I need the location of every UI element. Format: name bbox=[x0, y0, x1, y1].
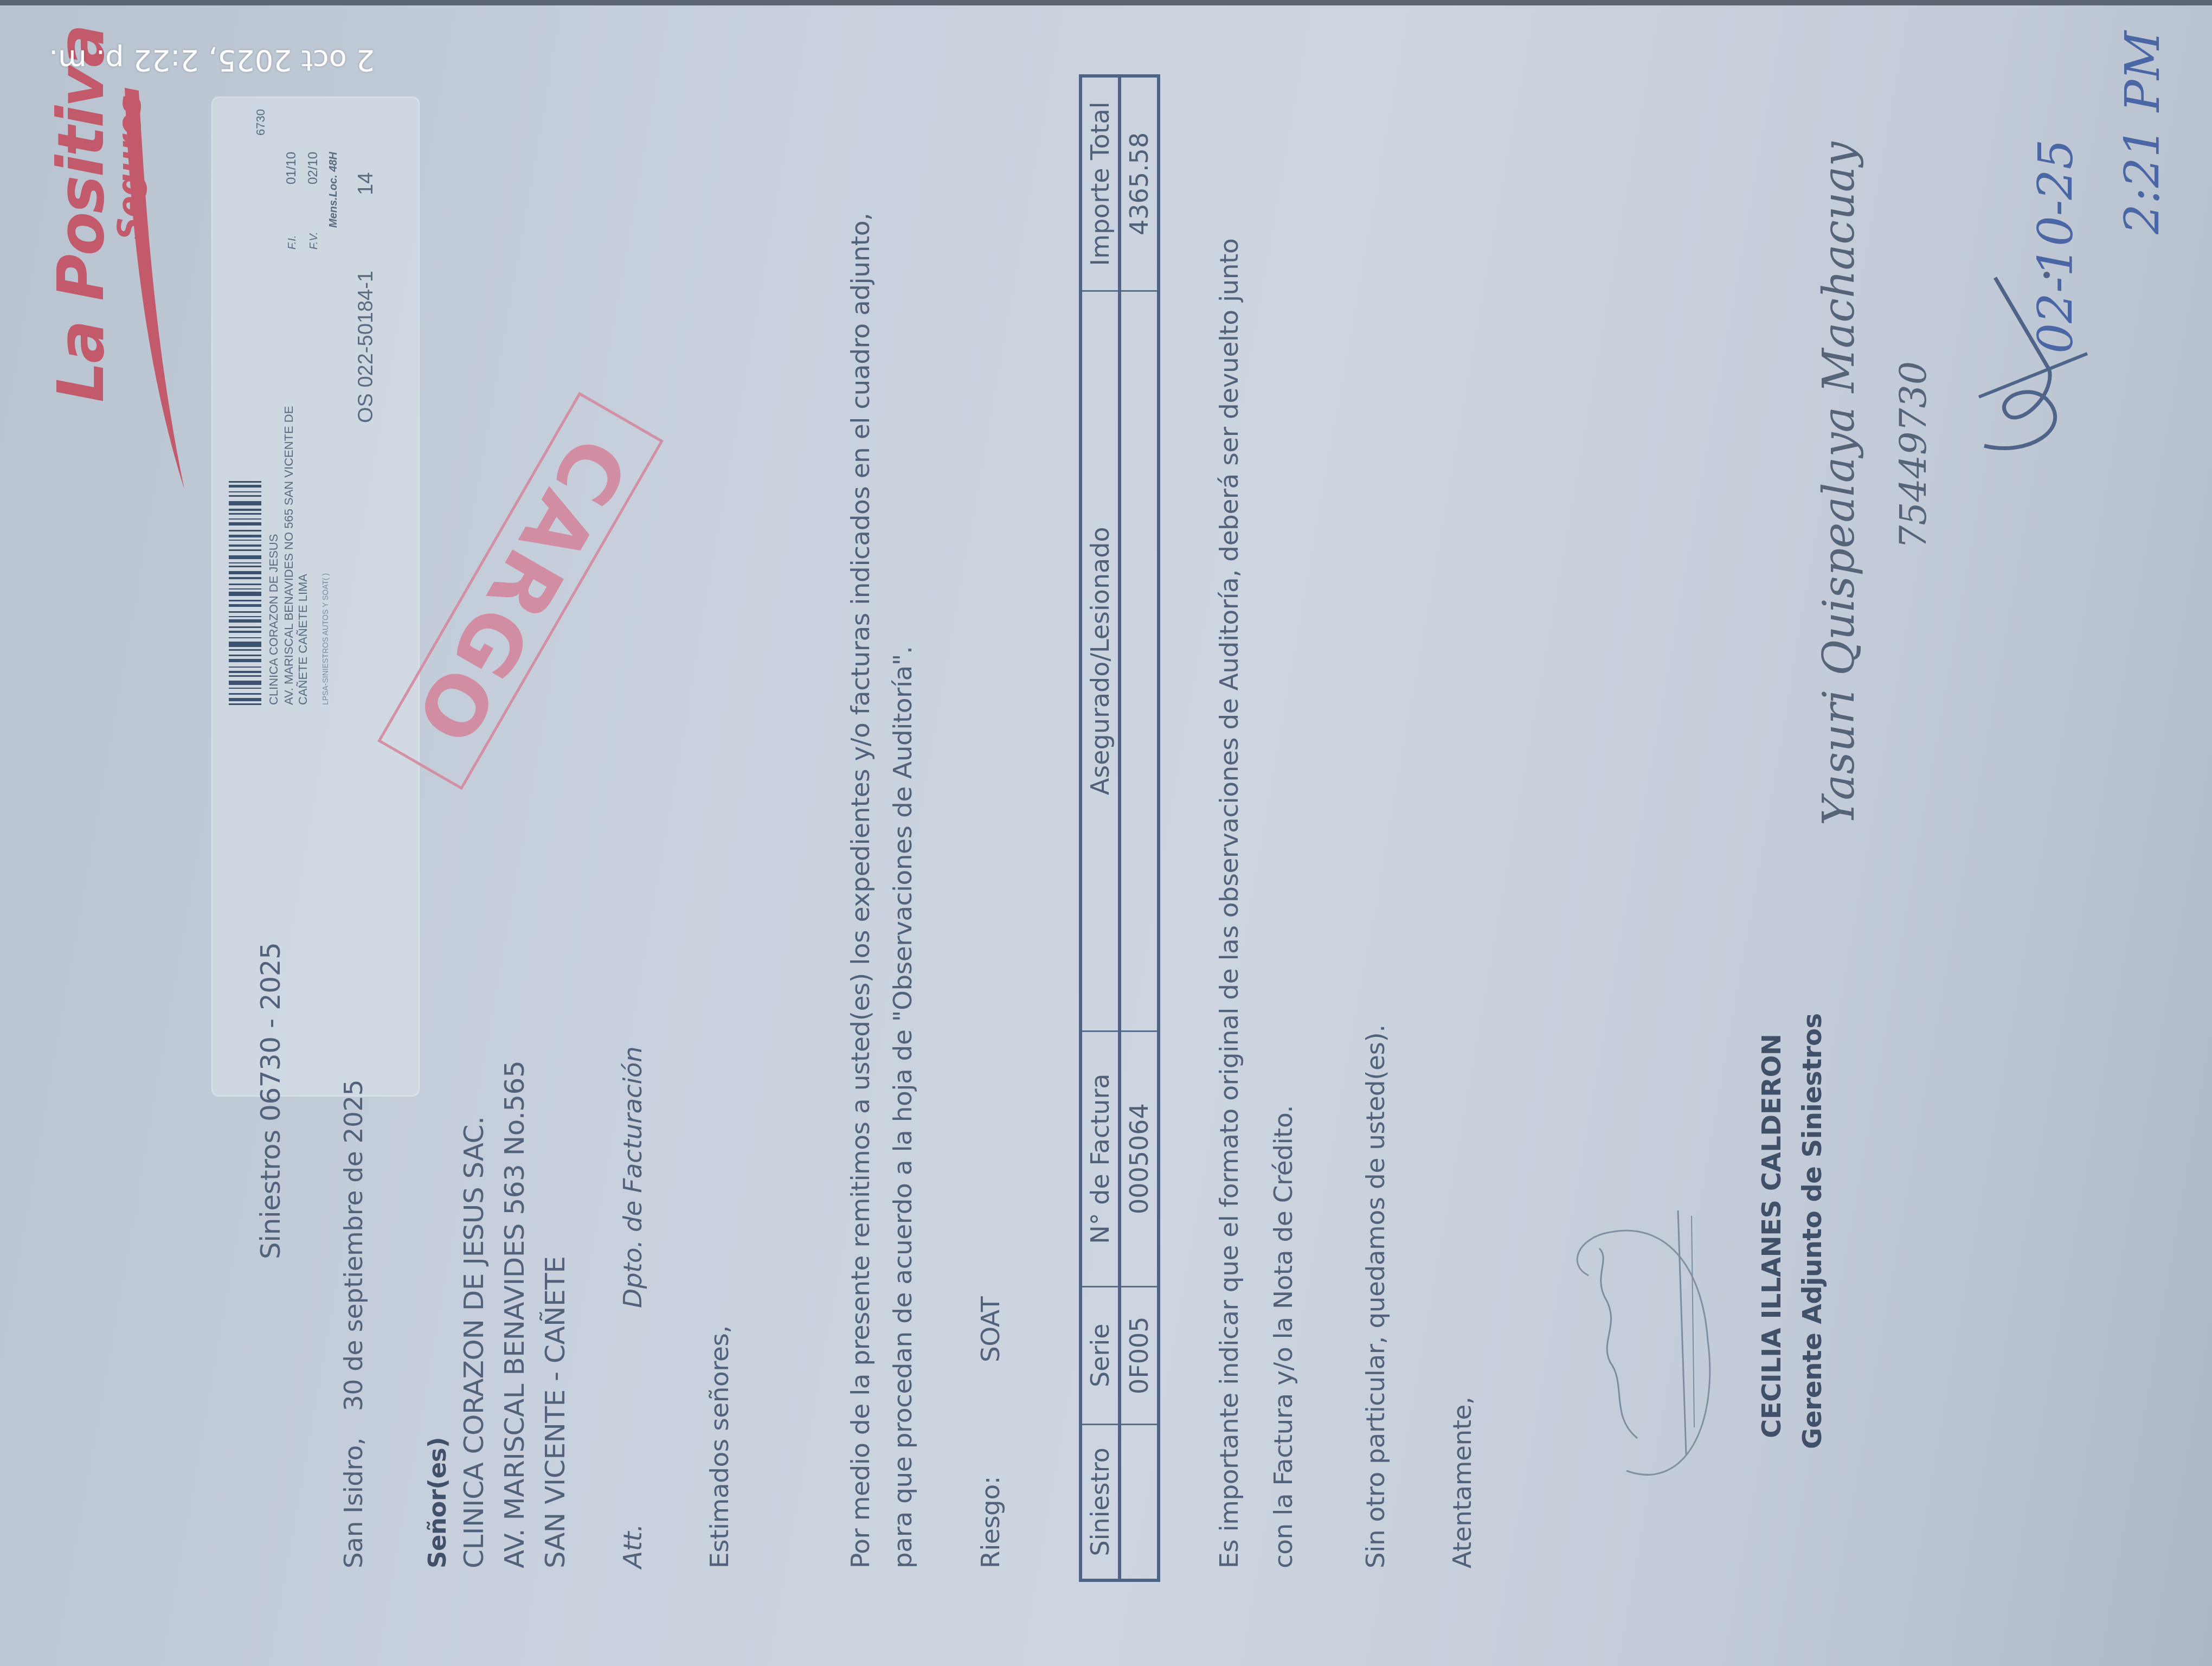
cell-serie: 0F005 bbox=[1120, 1286, 1159, 1424]
signer-name: CECILIA ILLANES CALDERON bbox=[1757, 1034, 1787, 1438]
sticker-dept-line: LPSA-SINIESTROS AUTOS Y SOAT( ) bbox=[321, 573, 330, 705]
paragraph-1-line-1: Por medio de la presente remitimos a ust… bbox=[846, 213, 876, 1568]
recipient-line-2: AV. MARISCAL BENAVIDES 563 No.565 bbox=[499, 1061, 530, 1568]
brand-swoosh-icon bbox=[125, 88, 190, 489]
invoice-table: Siniestro Serie N° de Factura Asegurado/… bbox=[1079, 74, 1160, 1582]
table-header-row: Siniestro Serie N° de Factura Asegurado/… bbox=[1081, 76, 1120, 1580]
letter-reference: Siniestros 06730 - 2025 bbox=[255, 943, 286, 1259]
paragraph-2-line-2: con la Factura y/o la Nota de Crédito. bbox=[1269, 1105, 1298, 1568]
letter-place: San Isidro, bbox=[339, 1438, 369, 1568]
sticker-address-line2: CAÑETE CAÑETE LIMA bbox=[296, 574, 310, 705]
sticker-fv-value: 02/10 bbox=[306, 152, 321, 184]
photo-timestamp: 2 oct 2025, 2:22 p. m. bbox=[49, 43, 375, 78]
sticker-os-count: 14 bbox=[355, 172, 378, 195]
barcode-icon bbox=[229, 401, 261, 705]
signature-scribble-icon bbox=[1545, 1200, 1724, 1503]
sticker-fi-label: F.I. bbox=[286, 235, 299, 249]
cargo-stamp: CARGO bbox=[377, 392, 664, 791]
salutation-label: Señor(es) bbox=[423, 1437, 452, 1568]
sticker-service: Mens.Loc. 48H bbox=[327, 152, 340, 228]
closing-text: Sin otro particular, quedamos de usted(e… bbox=[1361, 1024, 1391, 1568]
letter-page: La Positiva Seguros CLINICA CORAZON DE J… bbox=[0, 0, 2212, 1666]
sticker-address-line1: AV. MARISCAL BENAVIDES NO 565 SAN VICENT… bbox=[282, 406, 296, 705]
received-time-handwritten: 2:21 PM bbox=[2114, 31, 2170, 234]
header-serie: Serie bbox=[1081, 1286, 1120, 1424]
header-importe: Importe Total bbox=[1081, 76, 1120, 291]
receiver-id-handwritten: 75449730 bbox=[1892, 361, 1935, 549]
signer-title: Gerente Adjunto de Siniestros bbox=[1797, 1013, 1828, 1449]
table-row: 0F005 0005064 4365.58 bbox=[1120, 76, 1159, 1580]
courier-sticker: CLINICA CORAZON DE JESUS AV. MARISCAL BE… bbox=[211, 97, 420, 1097]
paragraph-1-line-2: para que procedan de acuerdo a la hoja d… bbox=[888, 646, 918, 1568]
paragraph-2-line-1: Es importante indicar que el formato ori… bbox=[1214, 239, 1244, 1568]
cell-asegurado bbox=[1120, 291, 1159, 1031]
risk-value: SOAT bbox=[976, 1297, 1006, 1362]
letter-date: 30 de septiembre de 2025 bbox=[339, 1080, 369, 1411]
risk-label: Riesgo: bbox=[976, 1476, 1006, 1568]
sticker-fi-value: 01/10 bbox=[284, 152, 299, 184]
recipient-line-1: CLINICA CORAZON DE JESUS SAC. bbox=[458, 1117, 490, 1568]
brand-logo: La Positiva bbox=[43, 25, 118, 402]
sticker-code: 6730 bbox=[254, 109, 268, 136]
cell-importe: 4365.58 bbox=[1120, 76, 1159, 291]
sticker-os-number: OS 022-50184-1 bbox=[355, 271, 378, 423]
recipient-line-3: SAN VICENTE - CAÑETE bbox=[539, 1257, 571, 1568]
cell-factura: 0005064 bbox=[1120, 1031, 1159, 1286]
att-label: Att. bbox=[618, 1524, 648, 1568]
received-date-handwritten: 02-10-25 bbox=[2028, 139, 2084, 354]
sticker-fv-label: F.V. bbox=[308, 232, 320, 249]
header-siniestro: Siniestro bbox=[1081, 1424, 1120, 1580]
greeting: Estimados señores, bbox=[705, 1325, 735, 1568]
header-factura: N° de Factura bbox=[1081, 1031, 1120, 1286]
cell-siniestro bbox=[1120, 1424, 1159, 1580]
header-asegurado: Asegurado/Lesionado bbox=[1081, 291, 1120, 1031]
receiver-name-handwritten: Yasuri Quispealaya Machacuay bbox=[1814, 142, 1864, 825]
sign-off: Atentamente, bbox=[1448, 1397, 1477, 1568]
att-value: Dpto. de Facturación bbox=[618, 1047, 648, 1308]
sticker-addressee: CLINICA CORAZON DE JESUS bbox=[267, 534, 281, 705]
